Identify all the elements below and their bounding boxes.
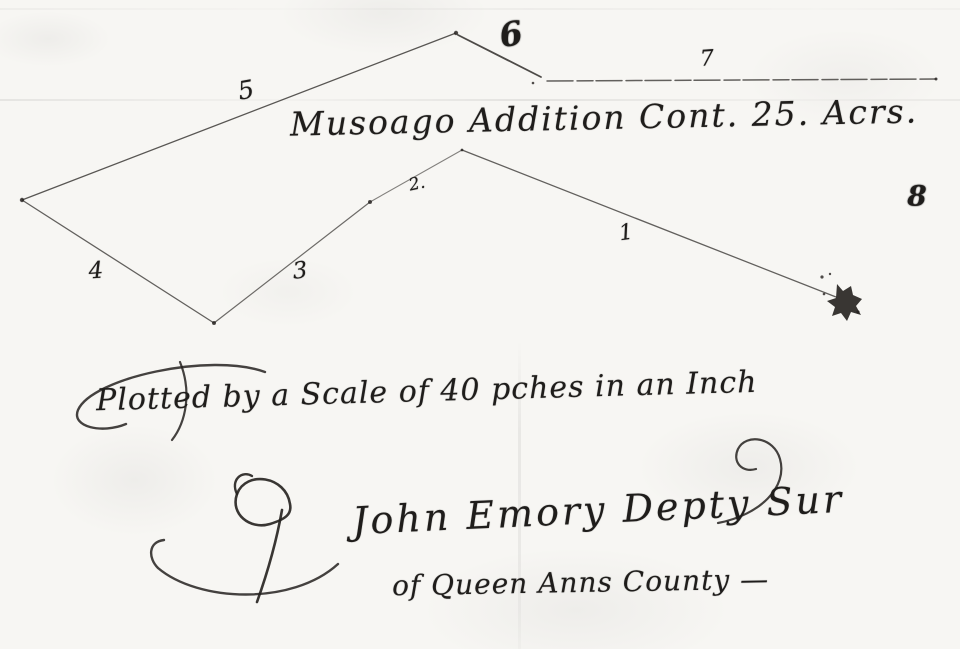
ink-blot-icon	[815, 270, 875, 325]
scanned-survey-page: 12.345678 Musoago Addition Cont. 25. Acr…	[0, 0, 960, 649]
side-label-3: 3	[291, 257, 308, 284]
survey-vertex	[368, 200, 372, 204]
signature-county: of Queen Anns County —	[392, 563, 770, 603]
survey-line-6	[458, 35, 541, 77]
survey-line-4	[22, 200, 214, 323]
side-label-8: 8	[907, 180, 926, 213]
survey-vertex	[454, 31, 458, 35]
survey-vertex	[212, 321, 216, 325]
survey-vertex	[20, 198, 24, 202]
survey-vertex	[935, 78, 938, 81]
survey-vertex	[532, 82, 535, 85]
survey-line-7	[547, 79, 936, 81]
survey-line-1	[462, 150, 836, 297]
side-label-7: 7	[699, 46, 715, 72]
survey-vertex	[461, 149, 464, 152]
surveyor-monogram-icon	[140, 452, 360, 617]
side-label-4: 4	[88, 258, 104, 285]
